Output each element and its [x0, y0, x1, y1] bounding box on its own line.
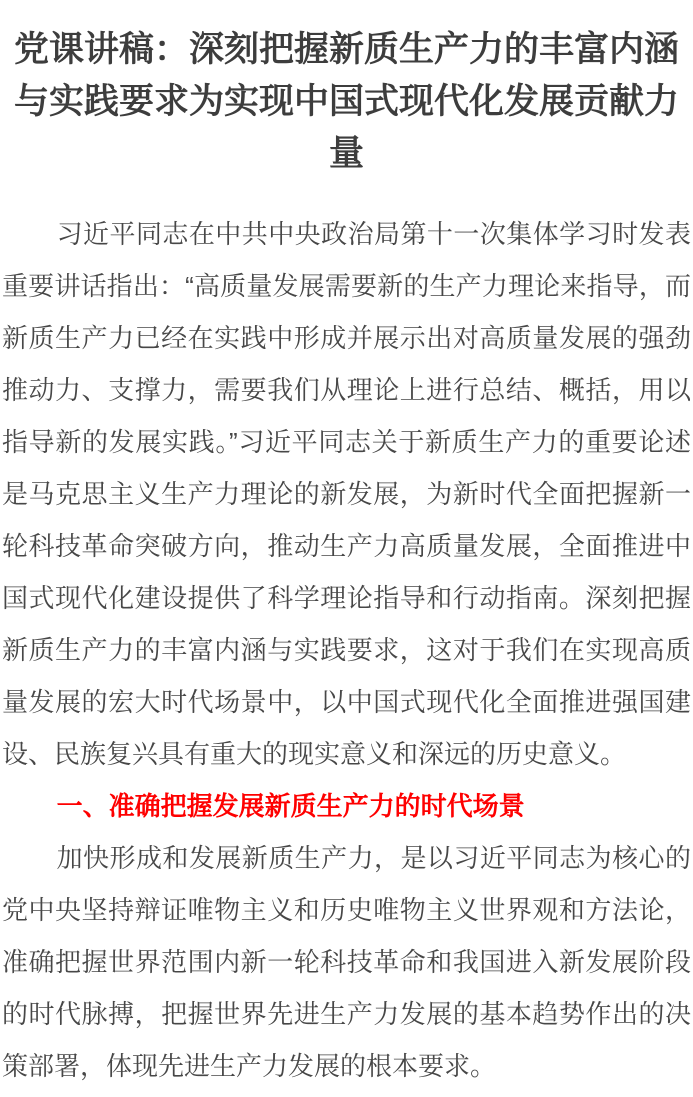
article-title: 党课讲稿：深刻把握新质生产力的丰富内涵与实践要求为实现中国式现代化发展贡献力量: [6, 24, 687, 180]
intro-paragraph: 习近平同志在中共中央政治局第十一次集体学习时发表重要讲话指出：“高质量发展需要新…: [2, 208, 691, 780]
article-page: 党课讲稿：深刻把握新质生产力的丰富内涵与实践要求为实现中国式现代化发展贡献力量 …: [0, 0, 693, 1097]
section-1-paragraph: 加快形成和发展新质生产力，是以习近平同志为核心的党中央坚持辩证唯物主义和历史唯物…: [2, 832, 691, 1092]
section-1-heading: 一、准确把握发展新质生产力的时代场景: [2, 780, 691, 832]
